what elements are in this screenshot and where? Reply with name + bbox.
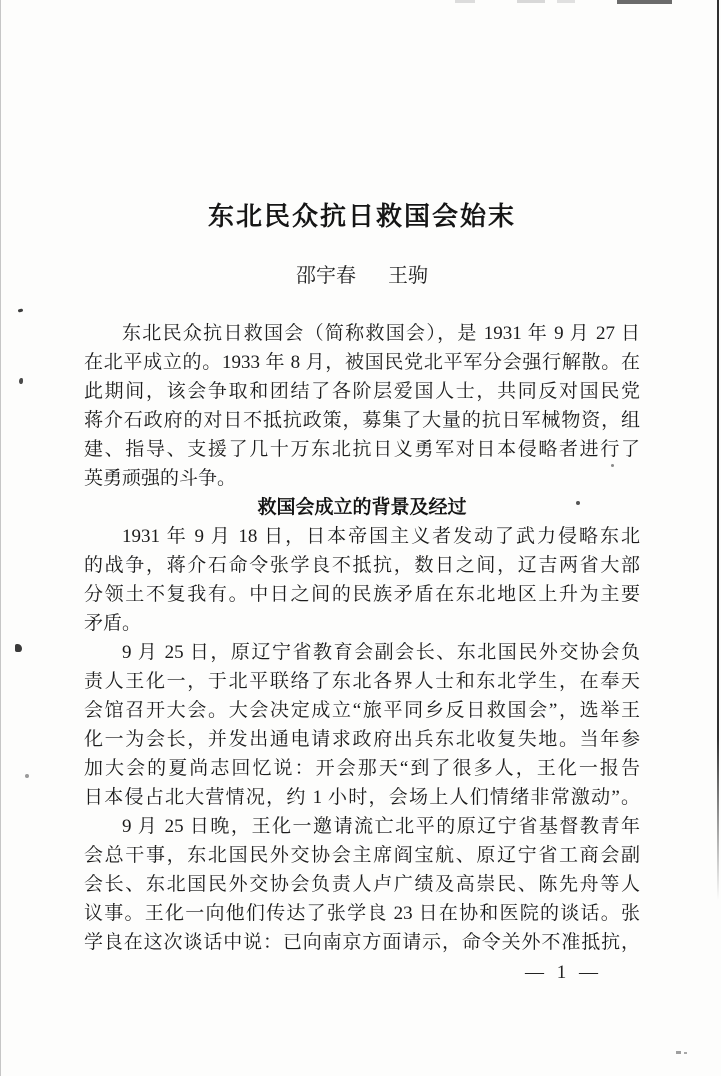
paragraph1-line: 蒋介石政府的对日不抵抗政策，募集了大量的抗日军械物资，组: [84, 406, 640, 435]
paragraph3-line: 化一为会长，并发出通电请求政府出兵东北收复失地。当年参: [84, 725, 640, 754]
article: 东北民众抗日救国会始末 邵宇春 王驹 东北民众抗日救国会（简称救国会），是 19…: [84, 198, 640, 957]
paragraph1-line: 此期间，该会争取和团结了各阶层爱国人士，共同反对国民党: [84, 377, 640, 406]
article-authors: 邵宇春 王驹: [84, 264, 640, 288]
scan-edge-left-line: [0, 0, 1, 1076]
paragraph3-line: 加大会的夏尚志回忆说：开会那天“到了很多人，王化一报告: [84, 754, 640, 783]
paragraph1-line: 东北民众抗日救国会（简称救国会），是 1931 年 9 月 27 日: [84, 319, 640, 348]
scan-edge-right-line: [717, 0, 719, 900]
scan-speck: [18, 308, 24, 312]
paragraph4-line: 学良在这次谈话中说：已向南京方面请示，命令关外不准抵抗，: [84, 928, 640, 957]
paragraph4-line: 会总干事，东北国民外交协会主席阎宝航、原辽宁省工商会副: [84, 841, 640, 870]
article-title: 东北民众抗日救国会始末: [84, 198, 640, 236]
paragraph2-line: 矛盾。: [84, 609, 640, 638]
paragraph1-line: 建、指导、支援了几十万东北抗日义勇军对日本侵略者进行了: [84, 435, 640, 464]
scanned-document-page: 东北民众抗日救国会始末 邵宇春 王驹 东北民众抗日救国会（简称救国会），是 19…: [0, 0, 721, 1076]
author-name-2: 王驹: [388, 264, 428, 288]
paragraph4-line: 议事。王化一向他们传达了张学良 23 日在协和医院的谈话。张: [84, 899, 640, 928]
paragraph1-line: 英勇顽强的斗争。: [84, 464, 640, 493]
scan-smudge: [517, 0, 545, 3]
paragraph2-line: 1931 年 9 月 18 日，日本帝国主义者发动了武力侵略东北: [84, 522, 640, 551]
scan-artifact-gray-bar: [617, 0, 672, 4]
section-heading: 救国会成立的背景及经过: [84, 493, 640, 522]
scan-speck: [611, 464, 614, 467]
scan-speck: [684, 1052, 687, 1054]
paragraph1-line: 在北平成立的。1933 年 8 月，被国民党北平军分会强行解散。在: [84, 348, 640, 377]
article-body: 东北民众抗日救国会（简称救国会），是 1931 年 9 月 27 日 在北平成立…: [84, 319, 640, 957]
paragraph4-line: 9 月 25 日晚，王化一邀请流亡北平的原辽宁省基督教青年: [84, 812, 640, 841]
scan-speck: [15, 644, 22, 652]
paragraph3-line: 9 月 25 日，原辽宁省教育会副会长、东北国民外交协会负: [84, 638, 640, 667]
paragraph2-line: 的战争，蒋介石命令张学良不抵抗，数日之间，辽吉两省大部: [84, 551, 640, 580]
scan-speck: [19, 378, 23, 384]
paragraph3-line: 责人王化一，于北平联络了东北各界人士和东北学生，在奉天: [84, 667, 640, 696]
scan-speck: [576, 501, 580, 505]
paragraph3-line: 会馆召开大会。大会决定成立“旅平同乡反日救国会”，选举王: [84, 696, 640, 725]
scan-smudge: [455, 0, 475, 3]
scan-speck: [25, 774, 29, 778]
author-name-1: 邵宇春: [296, 264, 356, 288]
scan-smudge: [557, 0, 575, 3]
paragraph2-line: 分领土不复我有。中日之间的民族矛盾在东北地区上升为主要: [84, 580, 640, 609]
paragraph3-line: 日本侵占北大营情况，约 1 小时，会场上人们情绪非常激动”。: [84, 783, 640, 812]
paragraph4-line: 会长、东北国民外交协会负责人卢广绩及高崇民、陈先舟等人: [84, 870, 640, 899]
page-number: — 1 —: [525, 962, 602, 984]
scan-speck: [676, 1051, 681, 1054]
